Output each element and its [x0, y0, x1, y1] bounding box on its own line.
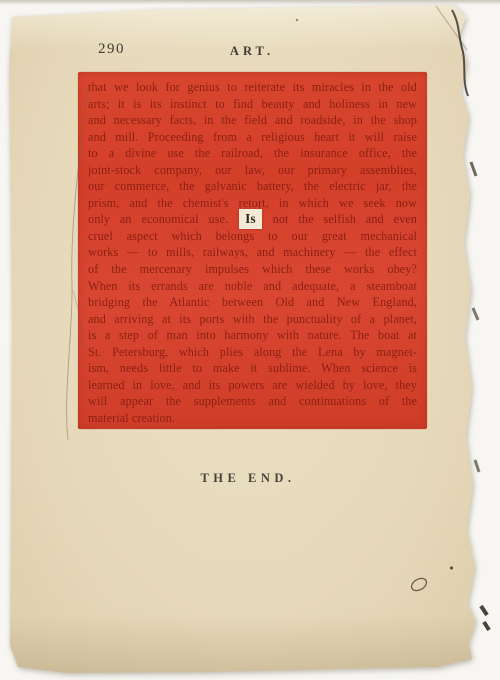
text-line: bridging the Atlantic between Old and Ne… — [88, 294, 417, 311]
text-line: When its errands are noble and adequate,… — [88, 278, 417, 295]
text-line: cruel aspect which belongs to our great … — [88, 228, 417, 245]
text-line: and necessary facts, in the field and ro… — [88, 112, 417, 129]
text-line: and mill. Proceeding from a religious he… — [88, 129, 417, 146]
text-line: learned in love, and its powers are wiel… — [88, 377, 417, 394]
the-end-label: THE END. — [8, 471, 480, 486]
text-line: of the mercenary impulses which these wo… — [88, 261, 417, 278]
text-line: ism, needs little to make it sublime. Wh… — [88, 360, 417, 377]
book-page-wrap: 290 ART. that we look for genius to reit… — [8, 5, 480, 673]
text-line: works — to mills, railways, and machiner… — [88, 244, 417, 261]
red-block-text: that we look for genius to reiterate its… — [78, 72, 427, 429]
text-line: will appear the supplements and continua… — [88, 393, 417, 410]
page-header-title: ART. — [8, 44, 480, 59]
book-page: 290 ART. that we look for genius to reit… — [8, 5, 480, 673]
text-line: is a step of man into harmony with natur… — [88, 327, 417, 344]
text-line: St. Petersburg, which plies along the Le… — [88, 344, 417, 361]
text-line: joint-stock company, our law, our primar… — [88, 162, 417, 179]
photo-background: 290 ART. that we look for genius to reit… — [0, 0, 500, 680]
highlighted-word: Is — [239, 209, 262, 229]
text-line: and arriving at its ports with the punct… — [88, 311, 417, 328]
text-line: material creation. — [88, 410, 417, 427]
text-line: to a divine use the railroad, the insura… — [88, 145, 417, 162]
torn-edge-notch — [481, 606, 487, 615]
text-line: arts; it is its instinct to find beauty … — [88, 96, 417, 113]
text-line: that we look for genius to reiterate its… — [88, 79, 417, 96]
torn-edge-notch — [484, 622, 489, 630]
text-line: only an economical use. Is not the selfi… — [88, 211, 417, 228]
text-line: our commerce, the galvanic battery, the … — [88, 178, 417, 195]
redacted-text-block: that we look for genius to reiterate its… — [78, 72, 427, 429]
